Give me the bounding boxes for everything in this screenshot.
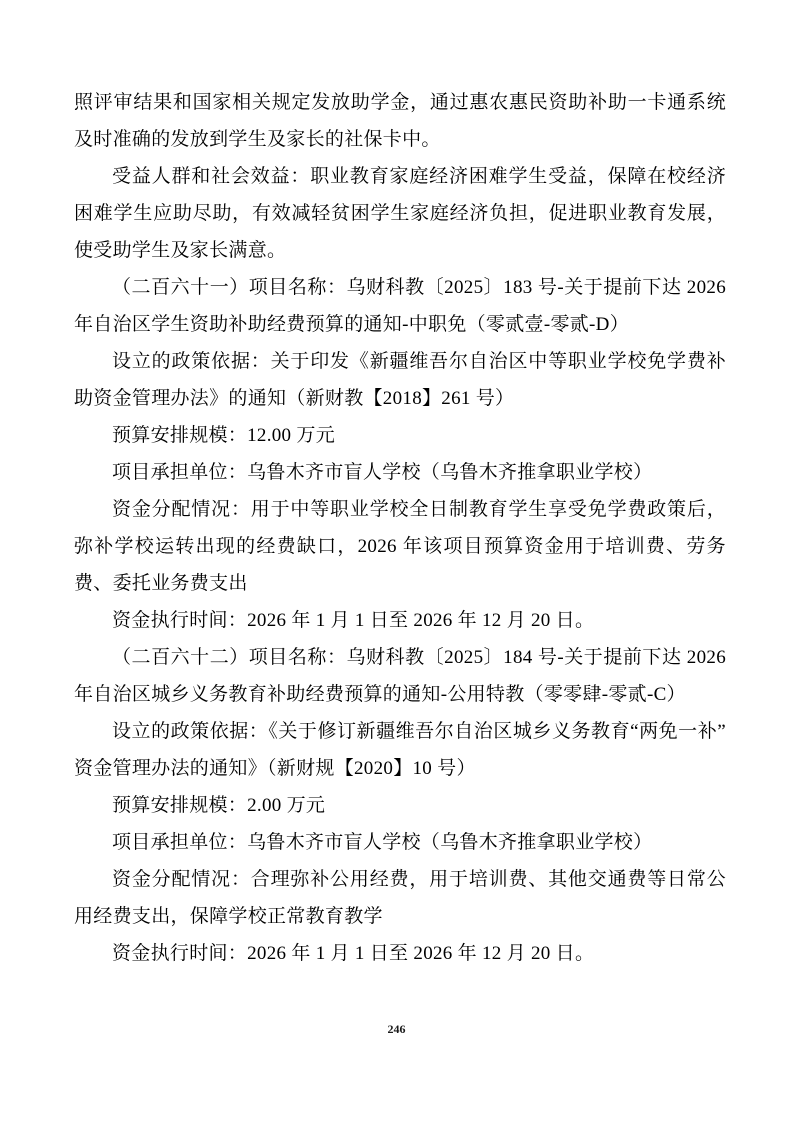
document-body: 照评审结果和国家相关规定发放助学金，通过惠农惠民资助补助一卡通系统及时准确的发放… [74, 84, 726, 972]
paragraph-262-execution-time: 资金执行时间：2026 年 1 月 1 日至 2026 年 12 月 20 日。 [74, 935, 726, 972]
paragraph-262-undertaking-unit: 项目承担单位：乌鲁木齐市盲人学校（乌鲁木齐推拿职业学校） [74, 824, 726, 861]
paragraph-262-policy-basis: 设立的政策依据：《关于修订新疆维吾尔自治区城乡义务教育“两免一补”资金管理办法的… [74, 713, 726, 787]
paragraph-261-fund-allocation: 资金分配情况：用于中等职业学校全日制教育学生享受免学费政策后，弥补学校运转出现的… [74, 491, 726, 602]
page-footer: 246 [0, 1020, 793, 1038]
paragraph-261-execution-time: 资金执行时间：2026 年 1 月 1 日至 2026 年 12 月 20 日。 [74, 602, 726, 639]
page-number: 246 [388, 1022, 406, 1036]
paragraph-262-budget-scale: 预算安排规模：2.00 万元 [74, 787, 726, 824]
paragraph-261-undertaking-unit: 项目承担单位：乌鲁木齐市盲人学校（乌鲁木齐推拿职业学校） [74, 454, 726, 491]
paragraph-continuation: 照评审结果和国家相关规定发放助学金，通过惠农惠民资助补助一卡通系统及时准确的发放… [74, 84, 726, 158]
paragraph-project-262-name: （二百六十二）项目名称：乌财科教〔2025〕184 号-关于提前下达 2026 … [74, 639, 726, 713]
paragraph-261-policy-basis: 设立的政策依据：关于印发《新疆维吾尔自治区中等职业学校免学费补助资金管理办法》的… [74, 343, 726, 417]
paragraph-benefit-groups: 受益人群和社会效益：职业教育家庭经济困难学生受益，保障在校经济困难学生应助尽助，… [74, 158, 726, 269]
paragraph-project-261-name: （二百六十一）项目名称：乌财科教〔2025〕183 号-关于提前下达 2026 … [74, 269, 726, 343]
paragraph-262-fund-allocation: 资金分配情况：合理弥补公用经费，用于培训费、其他交通费等日常公用经费支出，保障学… [74, 861, 726, 935]
paragraph-261-budget-scale: 预算安排规模：12.00 万元 [74, 417, 726, 454]
document-page: 照评审结果和国家相关规定发放助学金，通过惠农惠民资助补助一卡通系统及时准确的发放… [0, 0, 793, 1122]
